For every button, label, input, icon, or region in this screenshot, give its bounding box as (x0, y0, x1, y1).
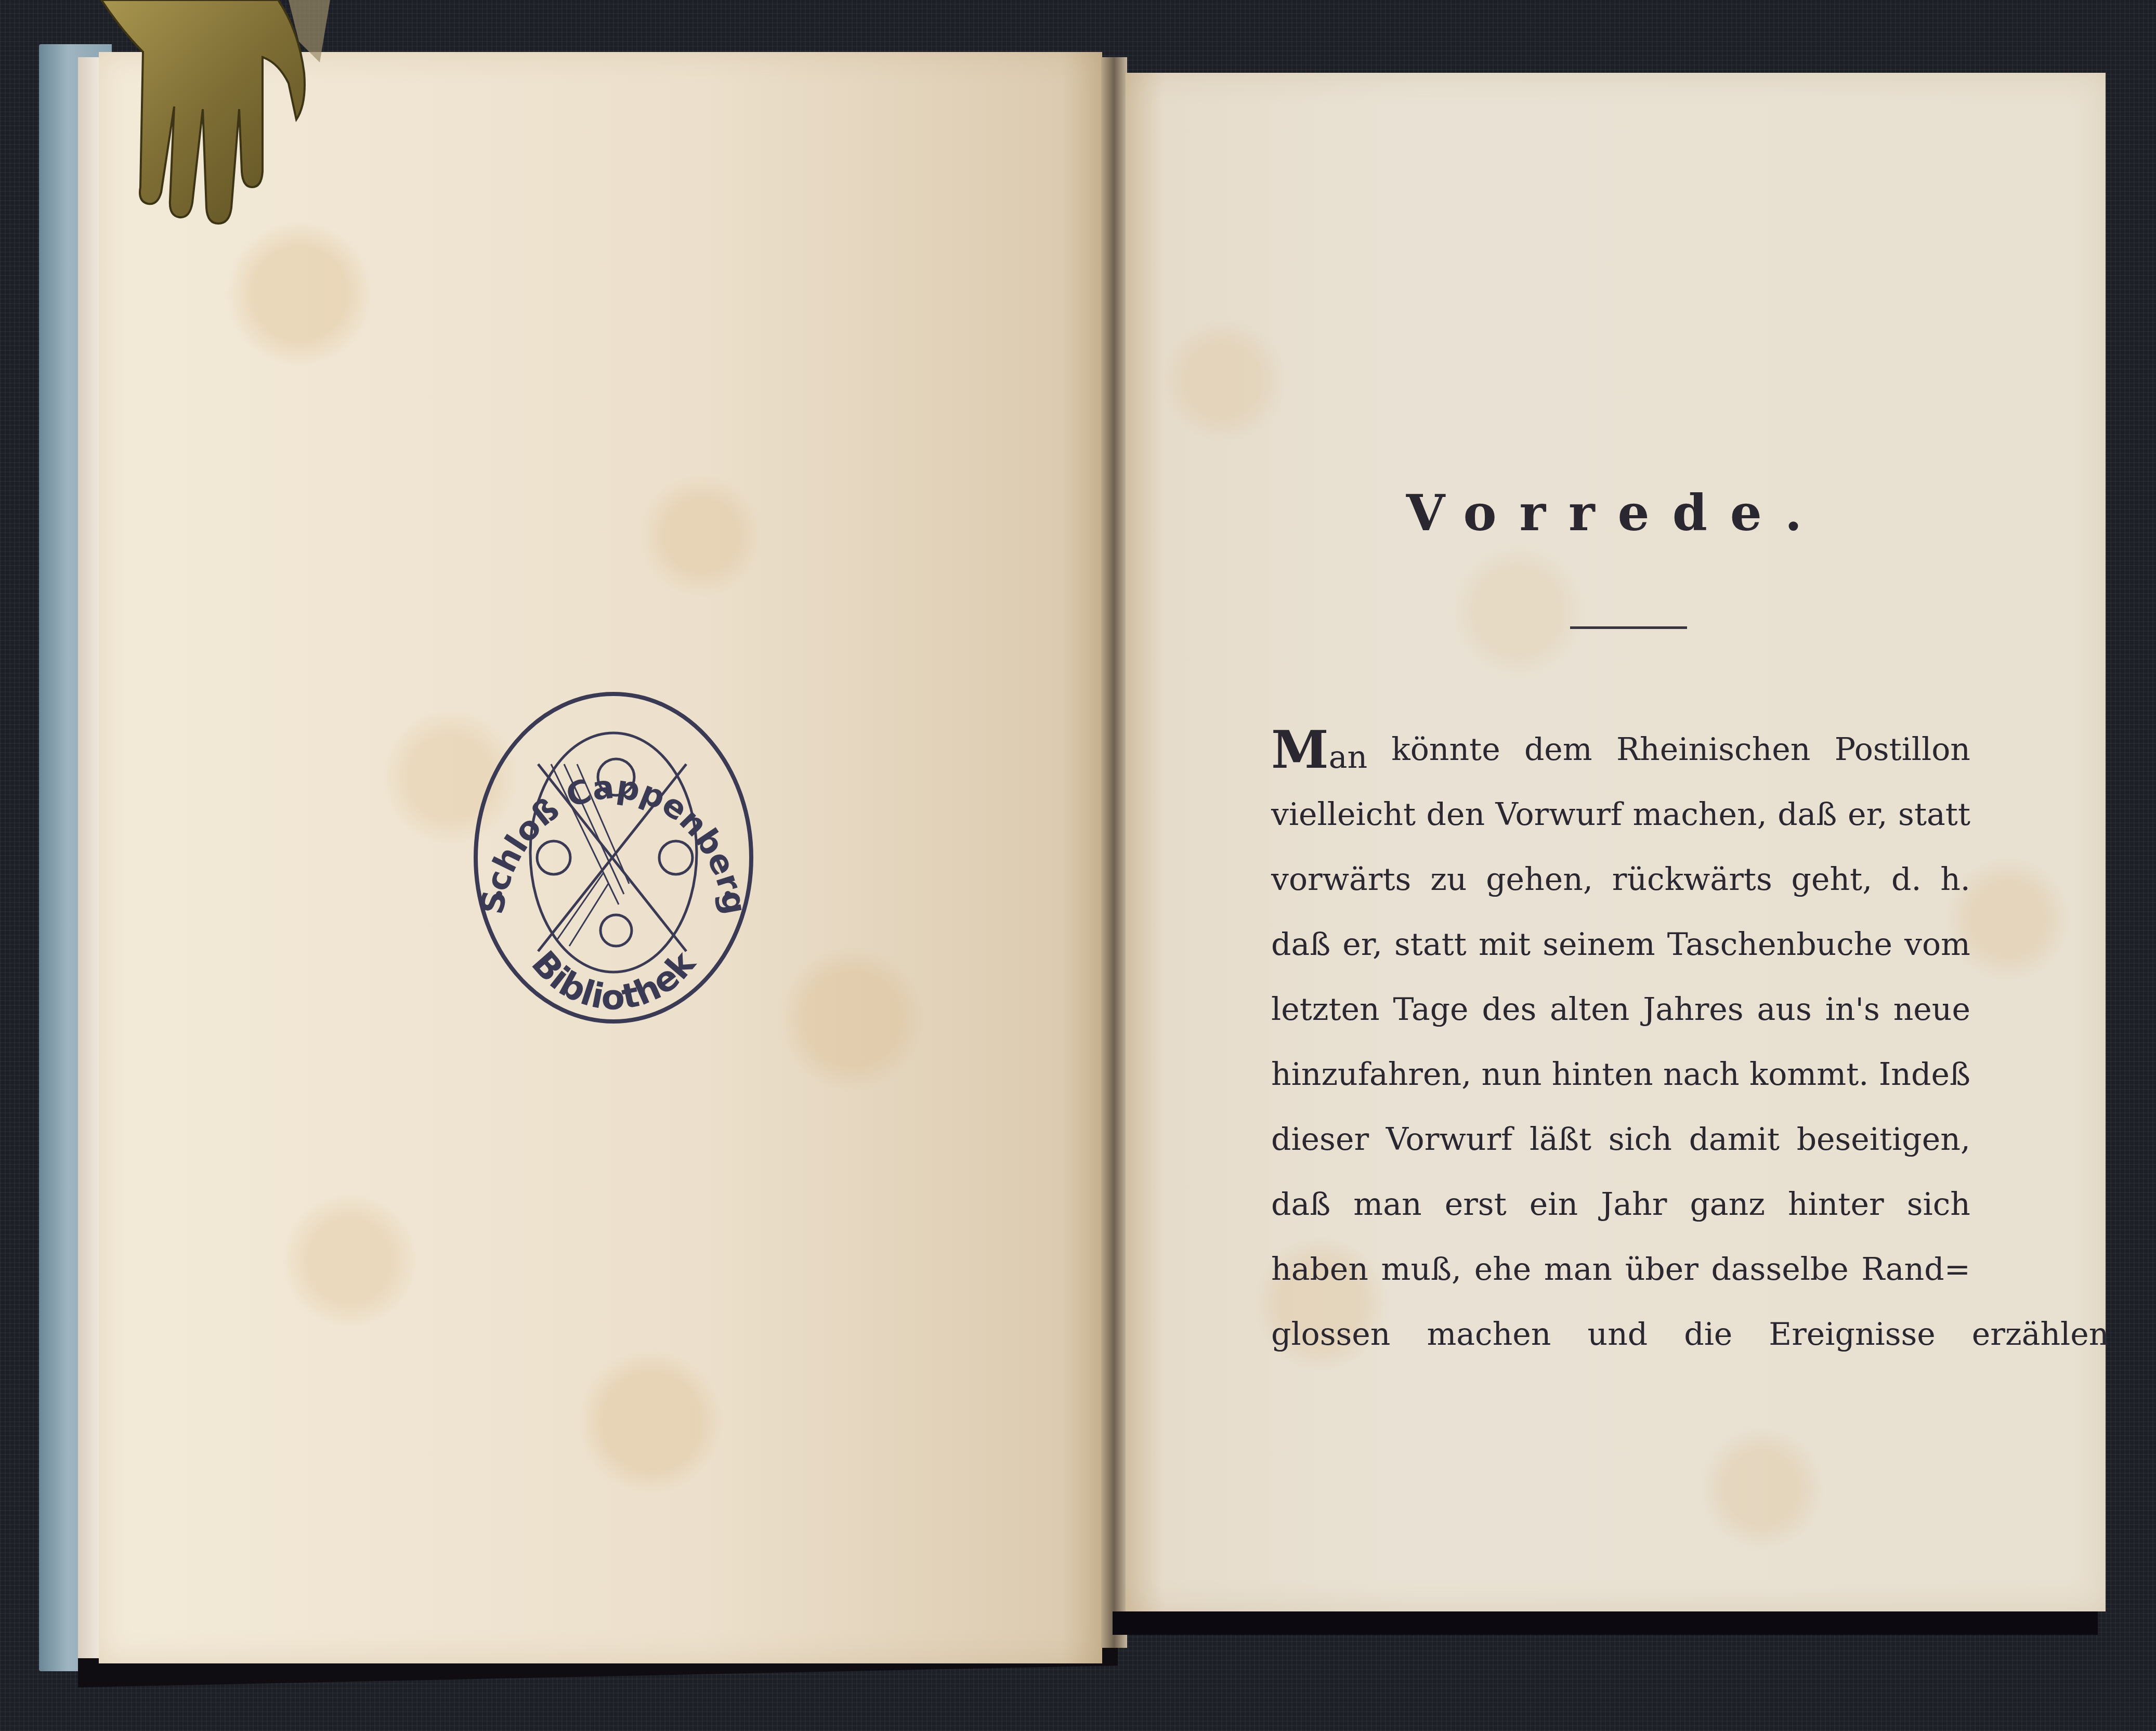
word: ganz (1690, 1172, 1765, 1237)
text-line: daßer,stattmitseinemTaschenbuchevom (1271, 912, 1970, 977)
word: alten (1550, 977, 1629, 1042)
word: hinten (1552, 1042, 1653, 1107)
word: machen (1427, 1302, 1551, 1367)
word: beseitigen, (1797, 1107, 1970, 1172)
word: daß (1778, 782, 1837, 847)
word: haben (1271, 1237, 1368, 1302)
word: dasselbe (1711, 1237, 1848, 1302)
word: letzten (1271, 977, 1380, 1042)
book-gutter (1101, 57, 1127, 1648)
word: in's (1825, 977, 1880, 1042)
text-line: vielleichtdenVorwurfmachen,daßer,statt (1271, 782, 1970, 847)
text-line: MankönntedemRheinischenPostillon (1271, 717, 1970, 782)
word: Vorwurf (1496, 782, 1623, 847)
word: machen, (1633, 782, 1767, 847)
word: Postillon (1835, 717, 1970, 782)
word: statt (1898, 782, 1970, 847)
word: vorwärts (1271, 847, 1411, 912)
word: Tage (1393, 977, 1469, 1042)
word: glossen (1271, 1302, 1390, 1367)
word: ein (1530, 1172, 1578, 1237)
word: Rheinischen (1616, 717, 1811, 782)
word: h. (1940, 847, 1970, 912)
preface-body: MankönntedemRheinischenPostillonvielleic… (1271, 717, 1970, 1367)
word: des (1482, 977, 1537, 1042)
word: hinzufahren, (1271, 1042, 1471, 1107)
word: Indeß (1879, 1042, 1970, 1107)
word: Vorwurf (1386, 1107, 1513, 1172)
word: über (1625, 1237, 1698, 1302)
word: mit (1479, 912, 1531, 977)
text-line: letztenTagedesaltenJahresausin'sneue (1271, 977, 1970, 1042)
library-stamp: Schloß Cappenberg Bibliothek (468, 686, 759, 1029)
page-title: Vorrede. (1126, 483, 2106, 542)
word: die (1684, 1302, 1732, 1367)
word: kommt. (1749, 1042, 1868, 1107)
word: läßt (1530, 1107, 1591, 1172)
word: daß (1271, 912, 1330, 977)
word: könnte (1391, 717, 1500, 782)
word: erzählen (1972, 1302, 2109, 1367)
word: sich (1609, 1107, 1672, 1172)
word: Jahr (1601, 1172, 1667, 1237)
word: man (1353, 1172, 1421, 1237)
word: hinter (1788, 1172, 1884, 1237)
stamp-icon: Schloß Cappenberg Bibliothek (468, 686, 759, 1029)
word: und (1588, 1302, 1648, 1367)
word: den (1427, 782, 1485, 847)
word: sich (1907, 1172, 1970, 1237)
svg-text:Bibliothek: Bibliothek (524, 943, 703, 1018)
word: statt (1394, 912, 1467, 977)
text-line: habenmuß,ehemanüberdasselbeRand= (1271, 1237, 1970, 1302)
word: damit (1689, 1107, 1780, 1172)
word: man (1544, 1237, 1612, 1302)
word: vom (1904, 912, 1970, 977)
word: muß, (1381, 1237, 1461, 1302)
word: er, (1342, 912, 1382, 977)
word: nun (1482, 1042, 1542, 1107)
word: er, (1848, 782, 1888, 847)
word: erst (1445, 1172, 1507, 1237)
word: Rand= (1861, 1237, 1970, 1302)
page-shadow (1113, 1611, 2098, 1635)
word: Ereignisse (1769, 1302, 1936, 1367)
text-line: daßmanersteinJahrganzhintersich (1271, 1172, 1970, 1237)
word: nach (1663, 1042, 1740, 1107)
word: vielleicht (1271, 782, 1416, 847)
text-line: glossenmachenunddieEreignisseerzählen (1271, 1302, 1970, 1367)
word: d. (1891, 847, 1921, 912)
text-line: hinzufahren,nunhintennachkommt.Indeß (1271, 1042, 1970, 1107)
word: Jahres (1643, 977, 1743, 1042)
text-line: dieserVorwurfläßtsichdamitbeseitigen, (1271, 1107, 1970, 1172)
word: ehe (1474, 1237, 1532, 1302)
word: daß (1271, 1172, 1330, 1237)
word: zu (1430, 847, 1467, 912)
word: aus (1757, 977, 1812, 1042)
drop-cap-word: Man (1271, 717, 1367, 782)
title-rule (1570, 626, 1687, 629)
word: dem (1524, 717, 1592, 782)
text-line: vorwärtszugehen,rückwärtsgeht,d.h. (1271, 847, 1970, 912)
word: geht, (1791, 847, 1872, 912)
word: seinem (1543, 912, 1655, 977)
word: gehen, (1486, 847, 1593, 912)
word: Taschenbuche (1667, 912, 1892, 977)
brass-hand-bookmark-icon (91, 0, 330, 229)
word: neue (1893, 977, 1970, 1042)
word: rückwärts (1612, 847, 1772, 912)
word: dieser (1271, 1107, 1369, 1172)
